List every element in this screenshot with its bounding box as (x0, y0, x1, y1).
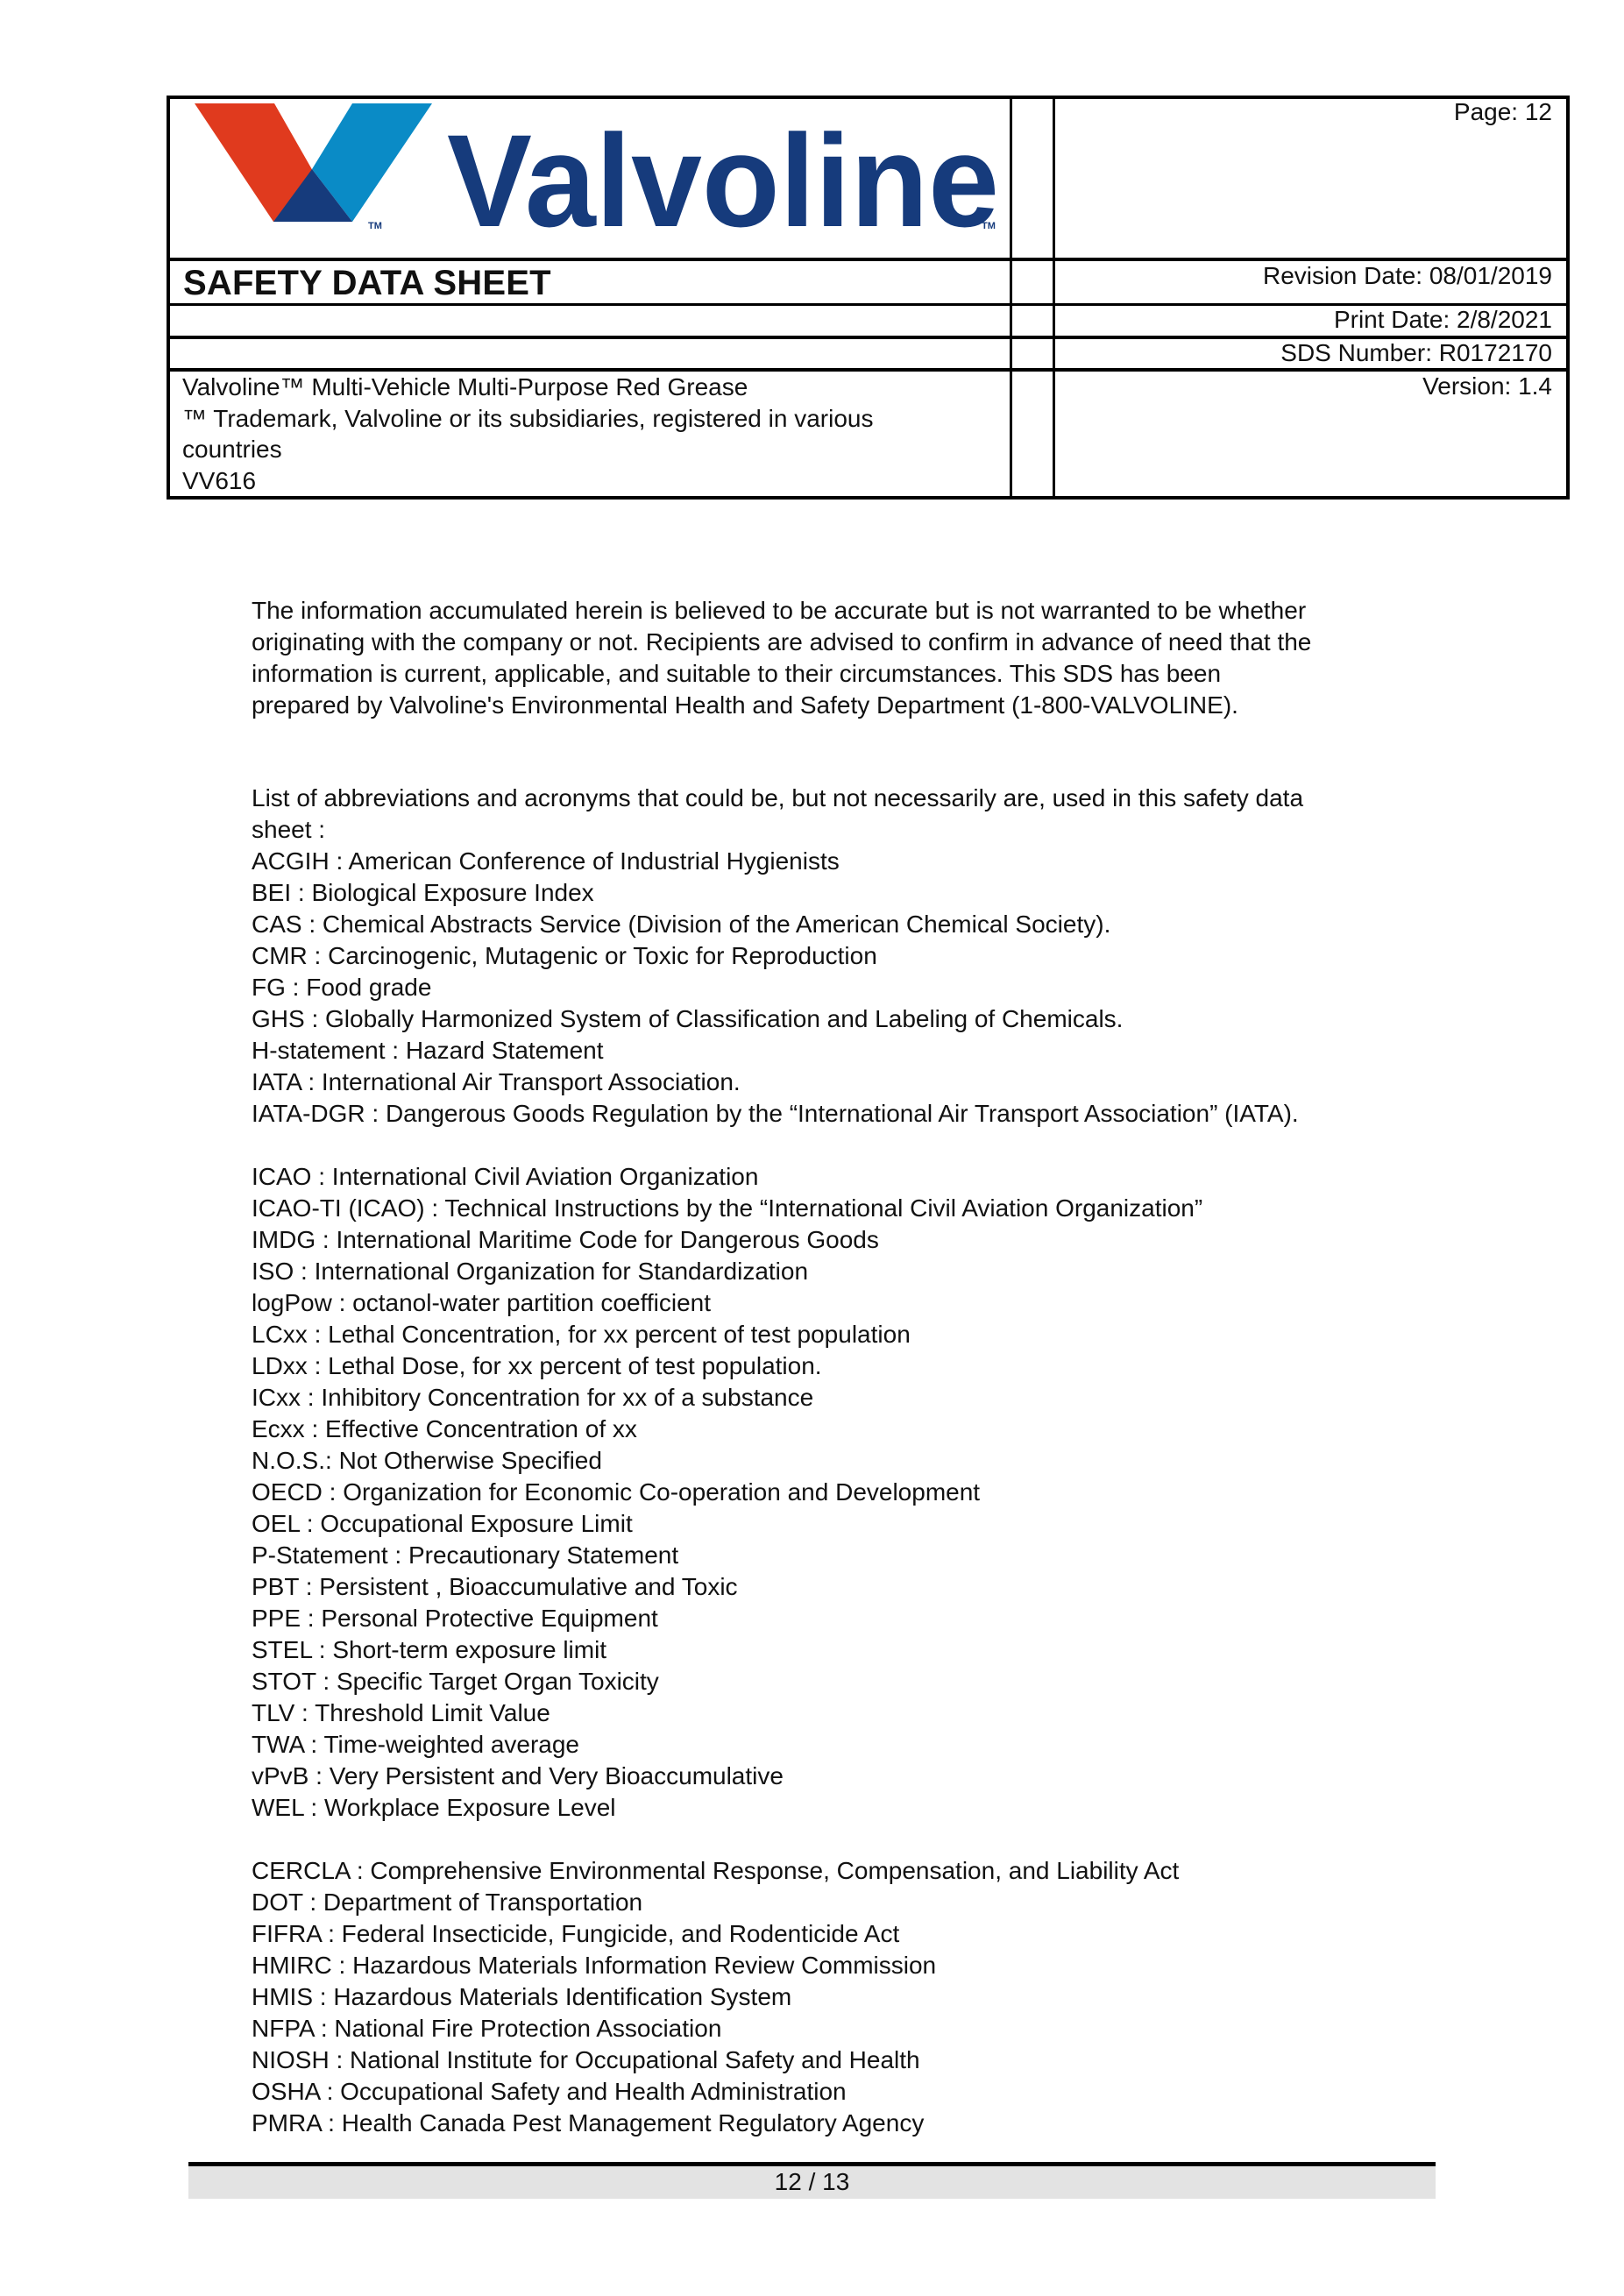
abbreviation-item: ICAO-TI (ICAO) : Technical Instructions … (252, 1193, 1303, 1224)
abbreviation-item: GHS : Globally Harmonized System of Clas… (252, 1003, 1303, 1035)
disclaimer-paragraph: The information accumulated herein is be… (252, 595, 1311, 721)
abbreviations-intro: List of abbreviations and acronyms that … (252, 783, 1303, 814)
abbreviation-item: LDxx : Lethal Dose, for xx percent of te… (252, 1350, 1303, 1382)
abbreviation-item: IATA : International Air Transport Assoc… (252, 1067, 1303, 1098)
logo-tm-mark: TM (982, 221, 996, 231)
print-date: Print Date: 2/8/2021 (1334, 304, 1552, 336)
abbreviation-item: PBT : Persistent , Bioaccumulative and T… (252, 1571, 1303, 1603)
abbreviation-item: HMIS : Hazardous Materials Identificatio… (252, 1981, 1303, 2013)
abbreviations-intro: sheet : (252, 814, 1303, 846)
page-number: Page: 12 (1454, 96, 1552, 128)
table-border-bottom (168, 496, 1570, 500)
abbreviations-group-3: CERCLA : Comprehensive Environmental Res… (252, 1855, 1303, 2139)
abbreviation-item: DOT : Department of Transportation (252, 1887, 1303, 1918)
sds-number: SDS Number: R0172170 (1280, 337, 1552, 369)
table-border-right (1566, 96, 1570, 500)
abbreviation-item: logPow : octanol-water partition coeffic… (252, 1287, 1303, 1319)
disclaimer-line: information is current, applicable, and … (252, 658, 1311, 690)
logo-wordmark: Valvoline (447, 107, 999, 242)
abbreviation-item: H-statement : Hazard Statement (252, 1035, 1303, 1067)
abbreviation-item: STEL : Short-term exposure limit (252, 1634, 1303, 1666)
abbreviation-item: NFPA : National Fire Protection Associat… (252, 2013, 1303, 2044)
abbreviation-item: TLV : Threshold Limit Value (252, 1697, 1303, 1729)
valvoline-logo: TM Valvoline TM (193, 102, 1017, 242)
abbreviation-item: Ecxx : Effective Concentration of xx (252, 1414, 1303, 1445)
abbreviation-item: TWA : Time-weighted average (252, 1729, 1303, 1761)
abbreviation-item: ACGIH : American Conference of Industria… (252, 846, 1303, 877)
abbreviation-item: LCxx : Lethal Concentration, for xx perc… (252, 1319, 1303, 1350)
abbreviation-item: ICAO : International Civil Aviation Orga… (252, 1161, 1303, 1193)
version: Version: 1.4 (1422, 371, 1552, 402)
abbreviation-item: IATA-DGR : Dangerous Goods Regulation by… (252, 1098, 1303, 1130)
sds-page: TM Valvoline TM Page: 12 Revision Date: … (0, 0, 1624, 2296)
abbreviation-item: BEI : Biological Exposure Index (252, 877, 1303, 909)
product-code: VV616 (182, 465, 873, 497)
abbreviation-item: STOT : Specific Target Organ Toxicity (252, 1666, 1303, 1697)
abbreviation-item: NIOSH : National Institute for Occupatio… (252, 2044, 1303, 2076)
product-description: Valvoline™ Multi-Vehicle Multi-Purpose R… (182, 372, 873, 496)
abbreviation-item: OSHA : Occupational Safety and Health Ad… (252, 2076, 1303, 2108)
trademark-notice-continued: countries (182, 434, 873, 465)
spacer (252, 1130, 1303, 1161)
abbreviation-item: P-Statement : Precautionary Statement (252, 1540, 1303, 1571)
abbreviation-item: N.O.S.: Not Otherwise Specified (252, 1445, 1303, 1477)
table-column-divider (1053, 96, 1055, 500)
revision-date: Revision Date: 08/01/2019 (1263, 260, 1552, 292)
product-name: Valvoline™ Multi-Vehicle Multi-Purpose R… (182, 372, 873, 403)
abbreviation-item: vPvB : Very Persistent and Very Bioaccum… (252, 1761, 1303, 1792)
abbreviation-item: PPE : Personal Protective Equipment (252, 1603, 1303, 1634)
abbreviation-item: WEL : Workplace Exposure Level (252, 1792, 1303, 1824)
abbreviation-item: CAS : Chemical Abstracts Service (Divisi… (252, 909, 1303, 940)
abbreviation-item: OECD : Organization for Economic Co-oper… (252, 1477, 1303, 1508)
page-counter: 12 / 13 (188, 2168, 1436, 2196)
table-border-left (167, 96, 170, 500)
abbreviation-item: CMR : Carcinogenic, Mutagenic or Toxic f… (252, 940, 1303, 972)
abbreviation-item: PMRA : Health Canada Pest Management Reg… (252, 2108, 1303, 2139)
abbreviation-item: ICxx : Inhibitory Concentration for xx o… (252, 1382, 1303, 1414)
abbreviation-item: ISO : International Organization for Sta… (252, 1256, 1303, 1287)
abbreviation-item: HMIRC : Hazardous Materials Information … (252, 1950, 1303, 1981)
abbreviation-item: CERCLA : Comprehensive Environmental Res… (252, 1855, 1303, 1887)
abbreviation-item: IMDG : International Maritime Code for D… (252, 1224, 1303, 1256)
spacer (252, 1824, 1303, 1855)
table-border-top (168, 96, 1570, 99)
trademark-notice: ™ Trademark, Valvoline or its subsidiari… (182, 403, 873, 435)
disclaimer-line: originating with the company or not. Rec… (252, 627, 1311, 658)
disclaimer-line: prepared by Valvoline's Environmental He… (252, 690, 1311, 721)
document-title: SAFETY DATA SHEET (183, 263, 551, 303)
disclaimer-line: The information accumulated herein is be… (252, 595, 1311, 627)
abbreviations-list: List of abbreviations and acronyms that … (252, 783, 1303, 2139)
abbreviations-group-2: ICAO : International Civil Aviation Orga… (252, 1161, 1303, 1824)
abbreviations-group-1: ACGIH : American Conference of Industria… (252, 846, 1303, 1130)
logo-tm-mark-small: TM (368, 221, 382, 231)
abbreviation-item: OEL : Occupational Exposure Limit (252, 1508, 1303, 1540)
abbreviation-item: FIFRA : Federal Insecticide, Fungicide, … (252, 1918, 1303, 1950)
abbreviation-item: FG : Food grade (252, 972, 1303, 1003)
